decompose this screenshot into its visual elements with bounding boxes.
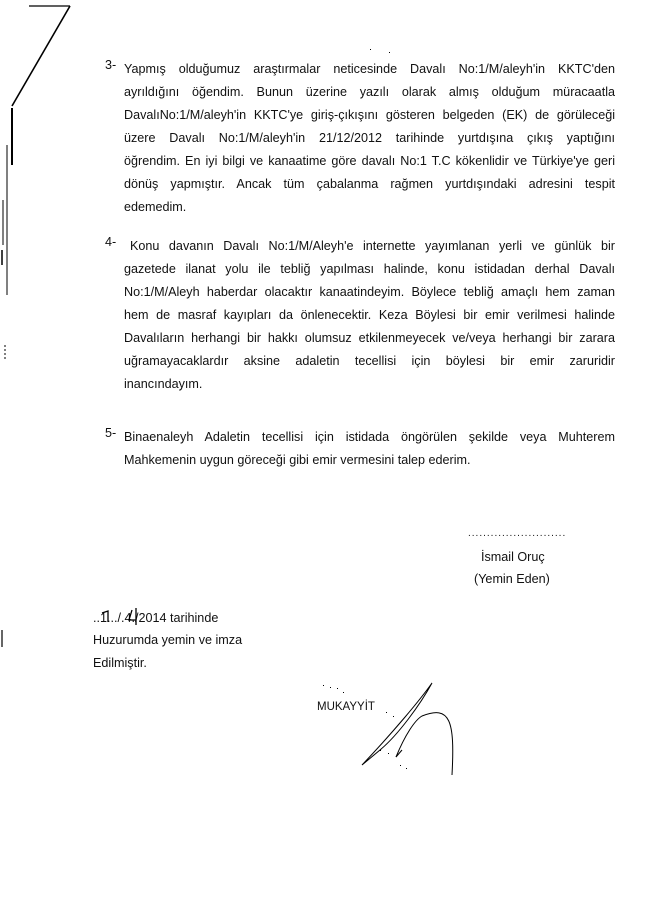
handwritten-signature-icon xyxy=(362,683,453,775)
fold-mark-icon xyxy=(2,6,70,647)
scan-artifacts xyxy=(0,0,650,902)
stamp-specks xyxy=(323,49,407,769)
handwritten-date-icon xyxy=(102,608,136,625)
document-page: 3- Yapmış olduğumuz araştırmalar netices… xyxy=(0,0,650,902)
